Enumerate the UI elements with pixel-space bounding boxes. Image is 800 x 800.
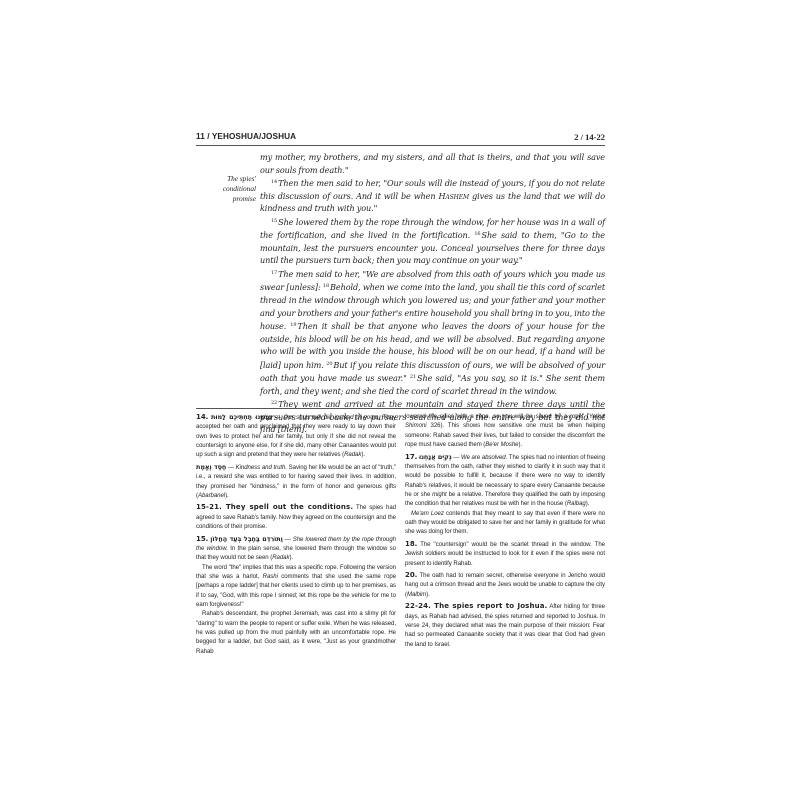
hebrew-lemma: נַפְשֵׁנוּ תַחְתֵּיכֶם לָמוּת (211, 413, 272, 421)
comment-number: 18. (405, 540, 417, 548)
verse-number: 17 (271, 270, 277, 276)
comment-text: The oath had to remain secret, otherwise… (405, 573, 605, 598)
comment-number: 17. (405, 453, 417, 461)
dash: — (452, 455, 461, 461)
comment-text: They accepted her oath and proclaimed th… (196, 415, 396, 458)
verse-number: 20 (326, 361, 332, 367)
comment-text: ). (225, 493, 229, 499)
hebrew-lemma: נְקִיִּם אֲנָחְנוּ (419, 453, 452, 461)
comment-text: ). (361, 452, 365, 458)
divine-name: Hashem (438, 191, 469, 201)
verse-number: 19 (290, 322, 296, 328)
comment-number: 20. (405, 571, 417, 579)
comment-15: 15. וַתּוֹרִדֵם בַּחֶבֶל בְּעַד הַחַלּוֹ… (196, 535, 396, 564)
book-title-header: 11 / YEHOSHUA/JOSHUA (196, 132, 296, 141)
comment-text: ). (586, 501, 590, 507)
scripture-translation: my mother, my brothers, and my sisters, … (260, 151, 605, 436)
gloss: Kindness and truth. (236, 465, 287, 471)
comment-text: ). (519, 442, 523, 448)
section-heading: 15-21. They spell out the conditions. (196, 503, 353, 511)
hebrew-lemma: חֶסֶד וֶאֱמֶת (196, 463, 226, 471)
comment-text: ). (289, 555, 293, 561)
citation: Rashi (263, 574, 278, 580)
comment-text: The "countersign" would be the scarlet t… (405, 542, 605, 567)
comment-20: 20. The oath had to remain secret, other… (405, 571, 605, 600)
citation: Be'er Moshe (485, 442, 518, 448)
chapter-verse-range: 2 / 14-22 (574, 132, 605, 142)
comment-text: After hiding for three days, as Rahab ha… (405, 604, 605, 647)
verses-15-16: 15She lowered them by the rope through t… (260, 215, 605, 267)
comment-18: 18. The "countersign" would be the scarl… (405, 540, 605, 569)
verse-number: 15 (271, 218, 277, 224)
verse-number: 18 (323, 283, 329, 289)
gloss: We are absolved. (461, 455, 507, 461)
comment-14: 14. נַפְשֵׁנוּ תַחְתֵּיכֶם לָמוּת — Our … (196, 413, 396, 461)
verse-number: 22 (271, 400, 277, 406)
comment-15-21: 15-21. They spell out the conditions. Th… (196, 503, 396, 532)
gloss: Our souls will die instead of yours. (283, 415, 380, 421)
hebrew-lemma: וַתּוֹרִדֵם בַּחֶבֶל בְּעַד הַחַלּוֹן (210, 535, 283, 543)
margin-note: The spies' conditional promise (196, 174, 256, 204)
comment-text: lowered the spies with a rope, so you wi… (405, 414, 589, 420)
dash: — (272, 415, 283, 421)
commentary-column-left: 14. נַפְשֵׁנוּ תַחְתֵּיכֶם לָמוּת — Our … (196, 413, 396, 657)
verses-17-21: 17The men said to her, "We are absolved … (260, 267, 605, 397)
citation: Abarbanel (198, 493, 225, 499)
comment-text: ). (426, 592, 430, 598)
margin-note-line: promise (196, 194, 256, 204)
comment-15-continued: lowered the spies with a rope, so you wi… (405, 413, 605, 450)
comment-17-paragraph-2: Me'am Loez contends that they meant to s… (405, 510, 605, 538)
verse-range: / 14-22 (579, 132, 605, 142)
comment-17: 17. נְקִיִּם אֲנָחְנוּ — We are absolved… (405, 453, 605, 510)
verse-continuation: my mother, my brothers, and my sisters, … (260, 151, 605, 176)
emphasis: might (432, 492, 447, 498)
dash: — (226, 465, 235, 471)
comment-15-paragraph-2: The word "the" implies that this was a s… (196, 564, 396, 611)
verse-number: 21 (410, 374, 416, 380)
comment-14b: חֶסֶד וֶאֱמֶת — Kindness and truth. Savi… (196, 463, 396, 501)
section-heading: 22-24. The spies report to Joshua. (405, 602, 547, 610)
margin-note-line: conditional (196, 184, 256, 194)
verse-number: 16 (474, 231, 480, 237)
commentary-column-right: lowered the spies with a rope, so you wi… (405, 413, 605, 652)
running-head: 11 / YEHOSHUA/JOSHUA 2 / 14-22 (196, 130, 605, 146)
commentary-divider (196, 408, 605, 409)
verse-number: 14 (271, 179, 277, 185)
verse-14: 14Then the men said to her, "Our souls w… (260, 176, 605, 215)
citation: Radak (344, 452, 361, 458)
margin-note-line: The spies' (196, 174, 256, 184)
comment-22-24: 22-24. The spies report to Joshua. After… (405, 602, 605, 650)
comment-15-paragraph-3: Rahab's descendant, the prophet Jeremiah… (196, 610, 396, 657)
dash: — (283, 537, 293, 543)
comment-number: 15. (196, 535, 208, 543)
citation: Ralbag (567, 501, 586, 507)
comment-number: 14. (196, 413, 208, 421)
citation: Radak (272, 555, 289, 561)
citation: Malbim (407, 592, 426, 598)
citation: Me'am Loez (411, 511, 444, 517)
